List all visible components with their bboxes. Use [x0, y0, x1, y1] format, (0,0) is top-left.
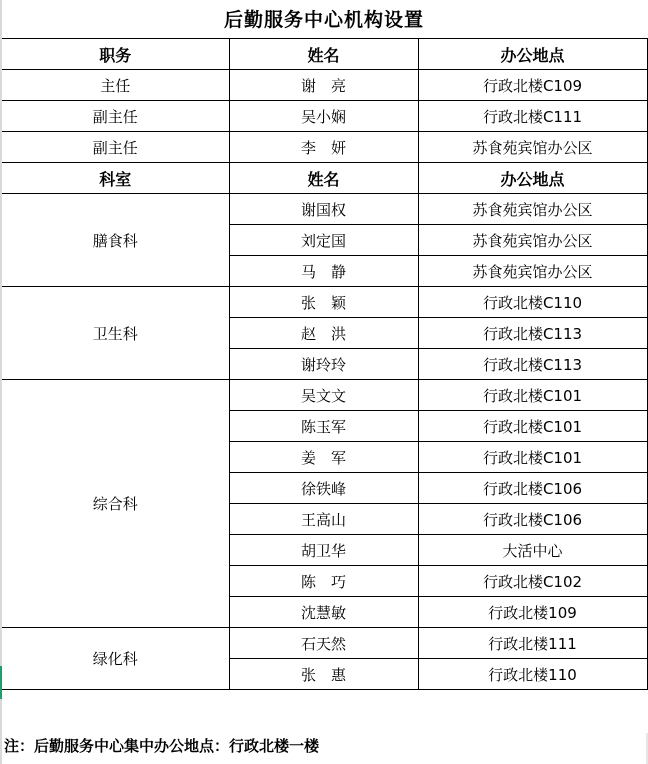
office-cell[interactable]: 行政北楼C101 — [418, 411, 647, 442]
position-cell[interactable]: 副主任 — [2, 132, 229, 163]
name-cell[interactable]: 陈 巧 — [229, 566, 418, 597]
name-cell[interactable]: 沈慧敏 — [229, 597, 418, 628]
office-cell[interactable]: 苏食苑宾馆办公区 — [418, 194, 647, 225]
name-cell[interactable]: 徐铁峰 — [229, 473, 418, 504]
footnote: 注：后勤服务中心集中办公地点：行政北楼一楼 — [4, 735, 319, 756]
table-row: 主任 谢 亮 行政北楼C109 — [2, 70, 647, 101]
name-cell[interactable]: 吴文文 — [229, 380, 418, 411]
header-row-departments: 科室 姓名 办公地点 — [2, 163, 647, 194]
table-row: 卫生科 张 颖 行政北楼C110 — [2, 287, 647, 318]
office-cell[interactable]: 苏食苑宾馆办公区 — [418, 256, 647, 287]
name-cell[interactable]: 谢国权 — [229, 194, 418, 225]
name-cell[interactable]: 李 妍 — [229, 132, 418, 163]
office-cell[interactable]: 行政北楼C106 — [418, 504, 647, 535]
dept-cell-sanitation[interactable]: 卫生科 — [2, 287, 229, 380]
header-name: 姓名 — [229, 39, 418, 70]
table-row: 副主任 吴小娴 行政北楼C111 — [2, 101, 647, 132]
office-cell[interactable]: 行政北楼110 — [418, 659, 647, 690]
office-cell[interactable]: 行政北楼111 — [418, 628, 647, 659]
office-cell[interactable]: 行政北楼C106 — [418, 473, 647, 504]
name-cell[interactable]: 陈玉军 — [229, 411, 418, 442]
dept-cell-catering[interactable]: 膳食科 — [2, 194, 229, 287]
name-cell[interactable]: 刘定国 — [229, 225, 418, 256]
office-cell[interactable]: 行政北楼C101 — [418, 442, 647, 473]
dept-cell-greening[interactable]: 绿化科 — [2, 628, 229, 690]
table-row: 膳食科 谢国权 苏食苑宾馆办公区 — [2, 194, 647, 225]
name-cell[interactable]: 姜 军 — [229, 442, 418, 473]
header-office: 办公地点 — [418, 163, 647, 194]
table-row: 综合科 吴文文 行政北楼C101 — [2, 380, 647, 411]
name-cell[interactable]: 张 颖 — [229, 287, 418, 318]
office-cell[interactable]: 行政北楼C111 — [418, 101, 647, 132]
name-cell[interactable]: 马 静 — [229, 256, 418, 287]
position-cell[interactable]: 副主任 — [2, 101, 229, 132]
name-cell[interactable]: 胡卫华 — [229, 535, 418, 566]
office-cell[interactable]: 行政北楼C110 — [418, 287, 647, 318]
org-table: 职务 姓名 办公地点 主任 谢 亮 行政北楼C109 副主任 吴小娴 行政北楼C… — [2, 38, 648, 690]
header-position: 职务 — [2, 39, 229, 70]
office-cell[interactable]: 行政北楼C101 — [418, 380, 647, 411]
name-cell[interactable]: 王高山 — [229, 504, 418, 535]
office-cell[interactable]: 行政北楼109 — [418, 597, 647, 628]
office-cell[interactable]: 行政北楼C102 — [418, 566, 647, 597]
name-cell[interactable]: 吴小娴 — [229, 101, 418, 132]
name-cell[interactable]: 石天然 — [229, 628, 418, 659]
dept-cell-general[interactable]: 综合科 — [2, 380, 229, 628]
position-cell[interactable]: 主任 — [2, 70, 229, 101]
name-cell[interactable]: 张 惠 — [229, 659, 418, 690]
office-cell[interactable]: 行政北楼C113 — [418, 349, 647, 380]
header-row-leadership: 职务 姓名 办公地点 — [2, 39, 647, 70]
office-cell[interactable]: 行政北楼C113 — [418, 318, 647, 349]
header-department: 科室 — [2, 163, 229, 194]
office-cell[interactable]: 苏食苑宾馆办公区 — [418, 132, 647, 163]
header-name: 姓名 — [229, 163, 418, 194]
table-row: 绿化科 石天然 行政北楼111 — [2, 628, 647, 659]
office-cell[interactable]: 行政北楼C109 — [418, 70, 647, 101]
office-cell[interactable]: 大活中心 — [418, 535, 647, 566]
name-cell[interactable]: 谢玲玲 — [229, 349, 418, 380]
name-cell[interactable]: 谢 亮 — [229, 70, 418, 101]
header-office: 办公地点 — [418, 39, 647, 70]
page-title: 后勤服务中心机构设置 — [0, 0, 648, 39]
table-row: 副主任 李 妍 苏食苑宾馆办公区 — [2, 132, 647, 163]
office-cell[interactable]: 苏食苑宾馆办公区 — [418, 225, 647, 256]
name-cell[interactable]: 赵 洪 — [229, 318, 418, 349]
